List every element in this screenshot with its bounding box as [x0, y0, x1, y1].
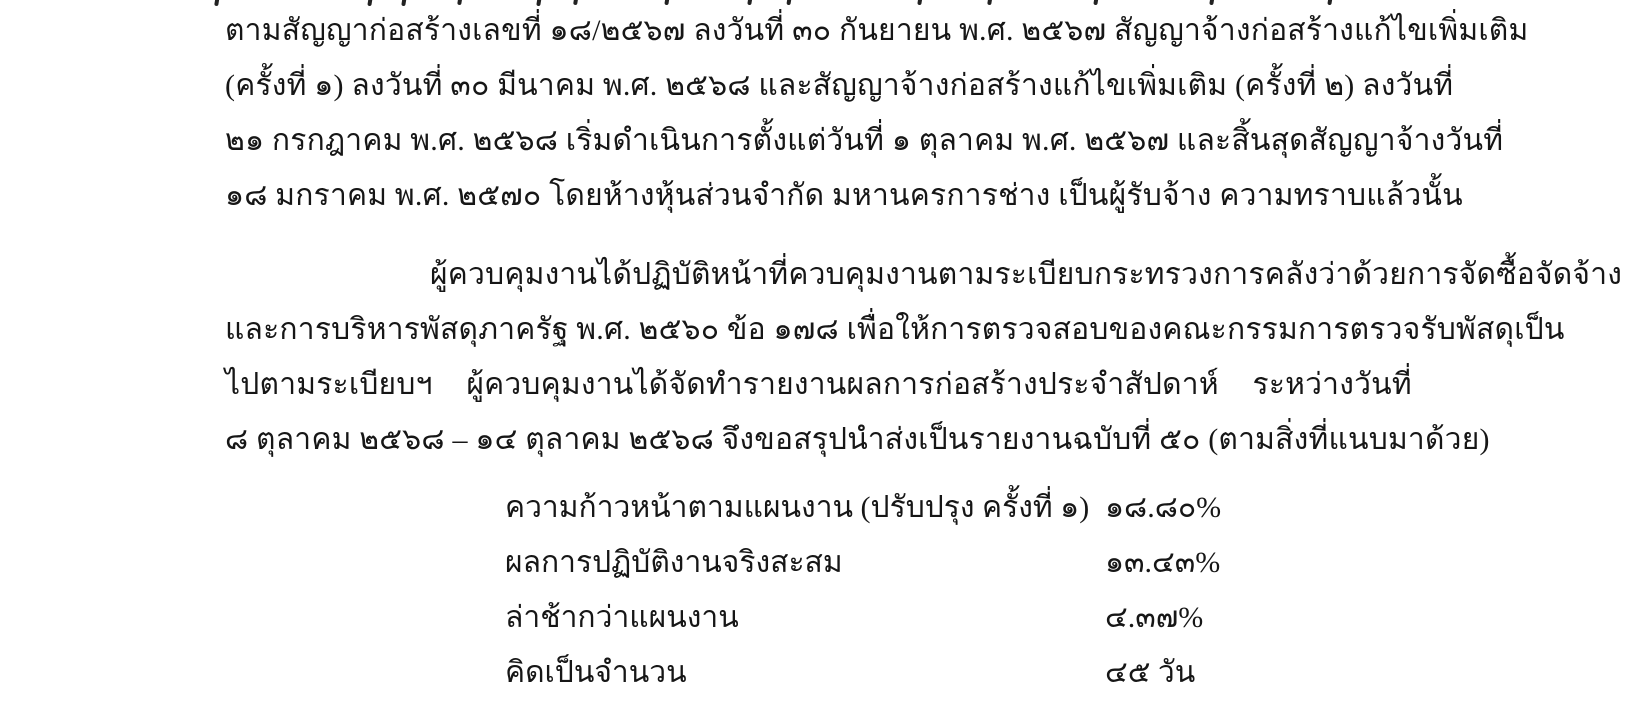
body-line: ๑๘ มกราคม พ.ศ. ๒๕๗๐ โดยห้างหุ้นส่วนจำกัด…	[225, 168, 1517, 223]
body-line: (ครั้งที่ ๑) ลงวันที่ ๓๐ มีนาคม พ.ศ. ๒๕๖…	[225, 58, 1517, 113]
progress-value: ๔.๓๗%	[1105, 590, 1203, 645]
progress-label: ล่าช้ากว่าแผนงาน	[505, 590, 739, 645]
progress-label: ผลการปฏิบัติงานจริงสะสม	[505, 535, 843, 590]
progress-summary: ความก้าวหน้าตามแผนงาน (ปรับปรุง ครั้งที่…	[225, 480, 1517, 700]
body-line: ๒๑ กรกฎาคม พ.ศ. ๒๕๖๘ เริ่มดำเนินการตั้งแ…	[225, 113, 1517, 168]
progress-value: ๔๕ วัน	[1105, 645, 1195, 700]
body-line: และการบริหารพัสดุภาครัฐ พ.ศ. ๒๕๖๐ ข้อ ๑๗…	[225, 302, 1517, 357]
remnant-mark	[214, 0, 220, 6]
paragraph-supervisor-report: ผู้ควบคุมงานได้ปฏิบัติหน้าที่ควบคุมงานตา…	[225, 247, 1517, 467]
document-page: ตามสัญญาก่อสร้างเลขที่ ๑๘/๒๕๖๗ ลงวันที่ …	[0, 0, 1652, 705]
body-line: ตามสัญญาก่อสร้างเลขที่ ๑๘/๒๕๖๗ ลงวันที่ …	[225, 3, 1517, 58]
progress-value: ๑๘.๘๐%	[1105, 480, 1221, 535]
progress-row: ล่าช้ากว่าแผนงาน ๔.๓๗%	[225, 590, 1517, 645]
progress-label: คิดเป็นจำนวน	[505, 645, 687, 700]
progress-row: ความก้าวหน้าตามแผนงาน (ปรับปรุง ครั้งที่…	[225, 480, 1517, 535]
body-line: ผู้ควบคุมงานได้ปฏิบัติหน้าที่ควบคุมงานตา…	[225, 247, 1517, 302]
body-line: ไปตามระเบียบฯ ผู้ควบคุมงานได้จัดทำรายงาน…	[225, 357, 1517, 412]
progress-value: ๑๓.๔๓%	[1105, 535, 1220, 590]
progress-row: คิดเป็นจำนวน ๔๕ วัน	[225, 645, 1517, 700]
body-line: ๘ ตุลาคม ๒๕๖๘ – ๑๔ ตุลาคม ๒๕๖๘ จึงขอสรุป…	[225, 412, 1517, 467]
progress-row: ผลการปฏิบัติงานจริงสะสม ๑๓.๔๓%	[225, 535, 1517, 590]
progress-label: ความก้าวหน้าตามแผนงาน (ปรับปรุง ครั้งที่…	[505, 480, 1089, 535]
paragraph-contract-details: ตามสัญญาก่อสร้างเลขที่ ๑๘/๒๕๖๗ ลงวันที่ …	[225, 3, 1517, 223]
